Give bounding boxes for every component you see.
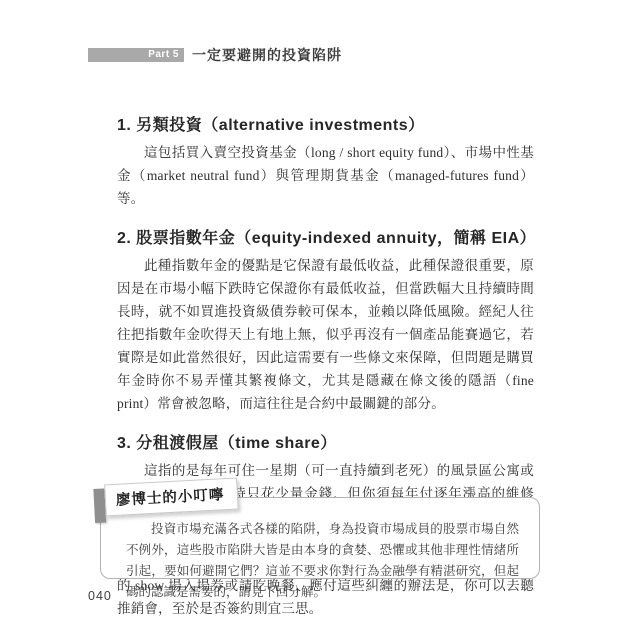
doctor-tip-body: 投資市場充滿各式各樣的陷阱，身為投資市場成員的股票市場自然不例外，這些股市陷阱大… xyxy=(101,498,539,603)
part-badge: Part 5 xyxy=(88,48,184,62)
page-number: 040 xyxy=(88,589,112,603)
section-paragraph: 此種指數年金的優點是它保證有最低收益，此種保證很重要，原因是在市場小幅下跌時它保… xyxy=(117,254,534,415)
section-paragraph: 這包括買入賣空投資基金（long / short equity fund）、市場… xyxy=(117,141,534,210)
section-equity-indexed-annuity: 2. 股票指數年金（equity-indexed annuity，簡稱 EIA）… xyxy=(117,225,534,415)
doctor-tip-box: 廖博士的小叮嚀 投資市場充滿各式各樣的陷阱，身為投資市場成員的股票市場自然不例外… xyxy=(100,497,540,579)
section-heading: 2. 股票指數年金（equity-indexed annuity，簡稱 EIA） xyxy=(117,225,534,248)
section-heading: 3. 分租渡假屋（time share） xyxy=(117,430,534,453)
section-heading: 1. 另類投資（alternative investments） xyxy=(117,112,534,135)
running-header: Part 5 一定要避開的投資陷阱 xyxy=(88,45,342,65)
section-alternative-investments: 1. 另類投資（alternative investments） 這包括買入賣空… xyxy=(117,112,534,210)
chapter-title: 一定要避開的投資陷阱 xyxy=(192,45,342,65)
